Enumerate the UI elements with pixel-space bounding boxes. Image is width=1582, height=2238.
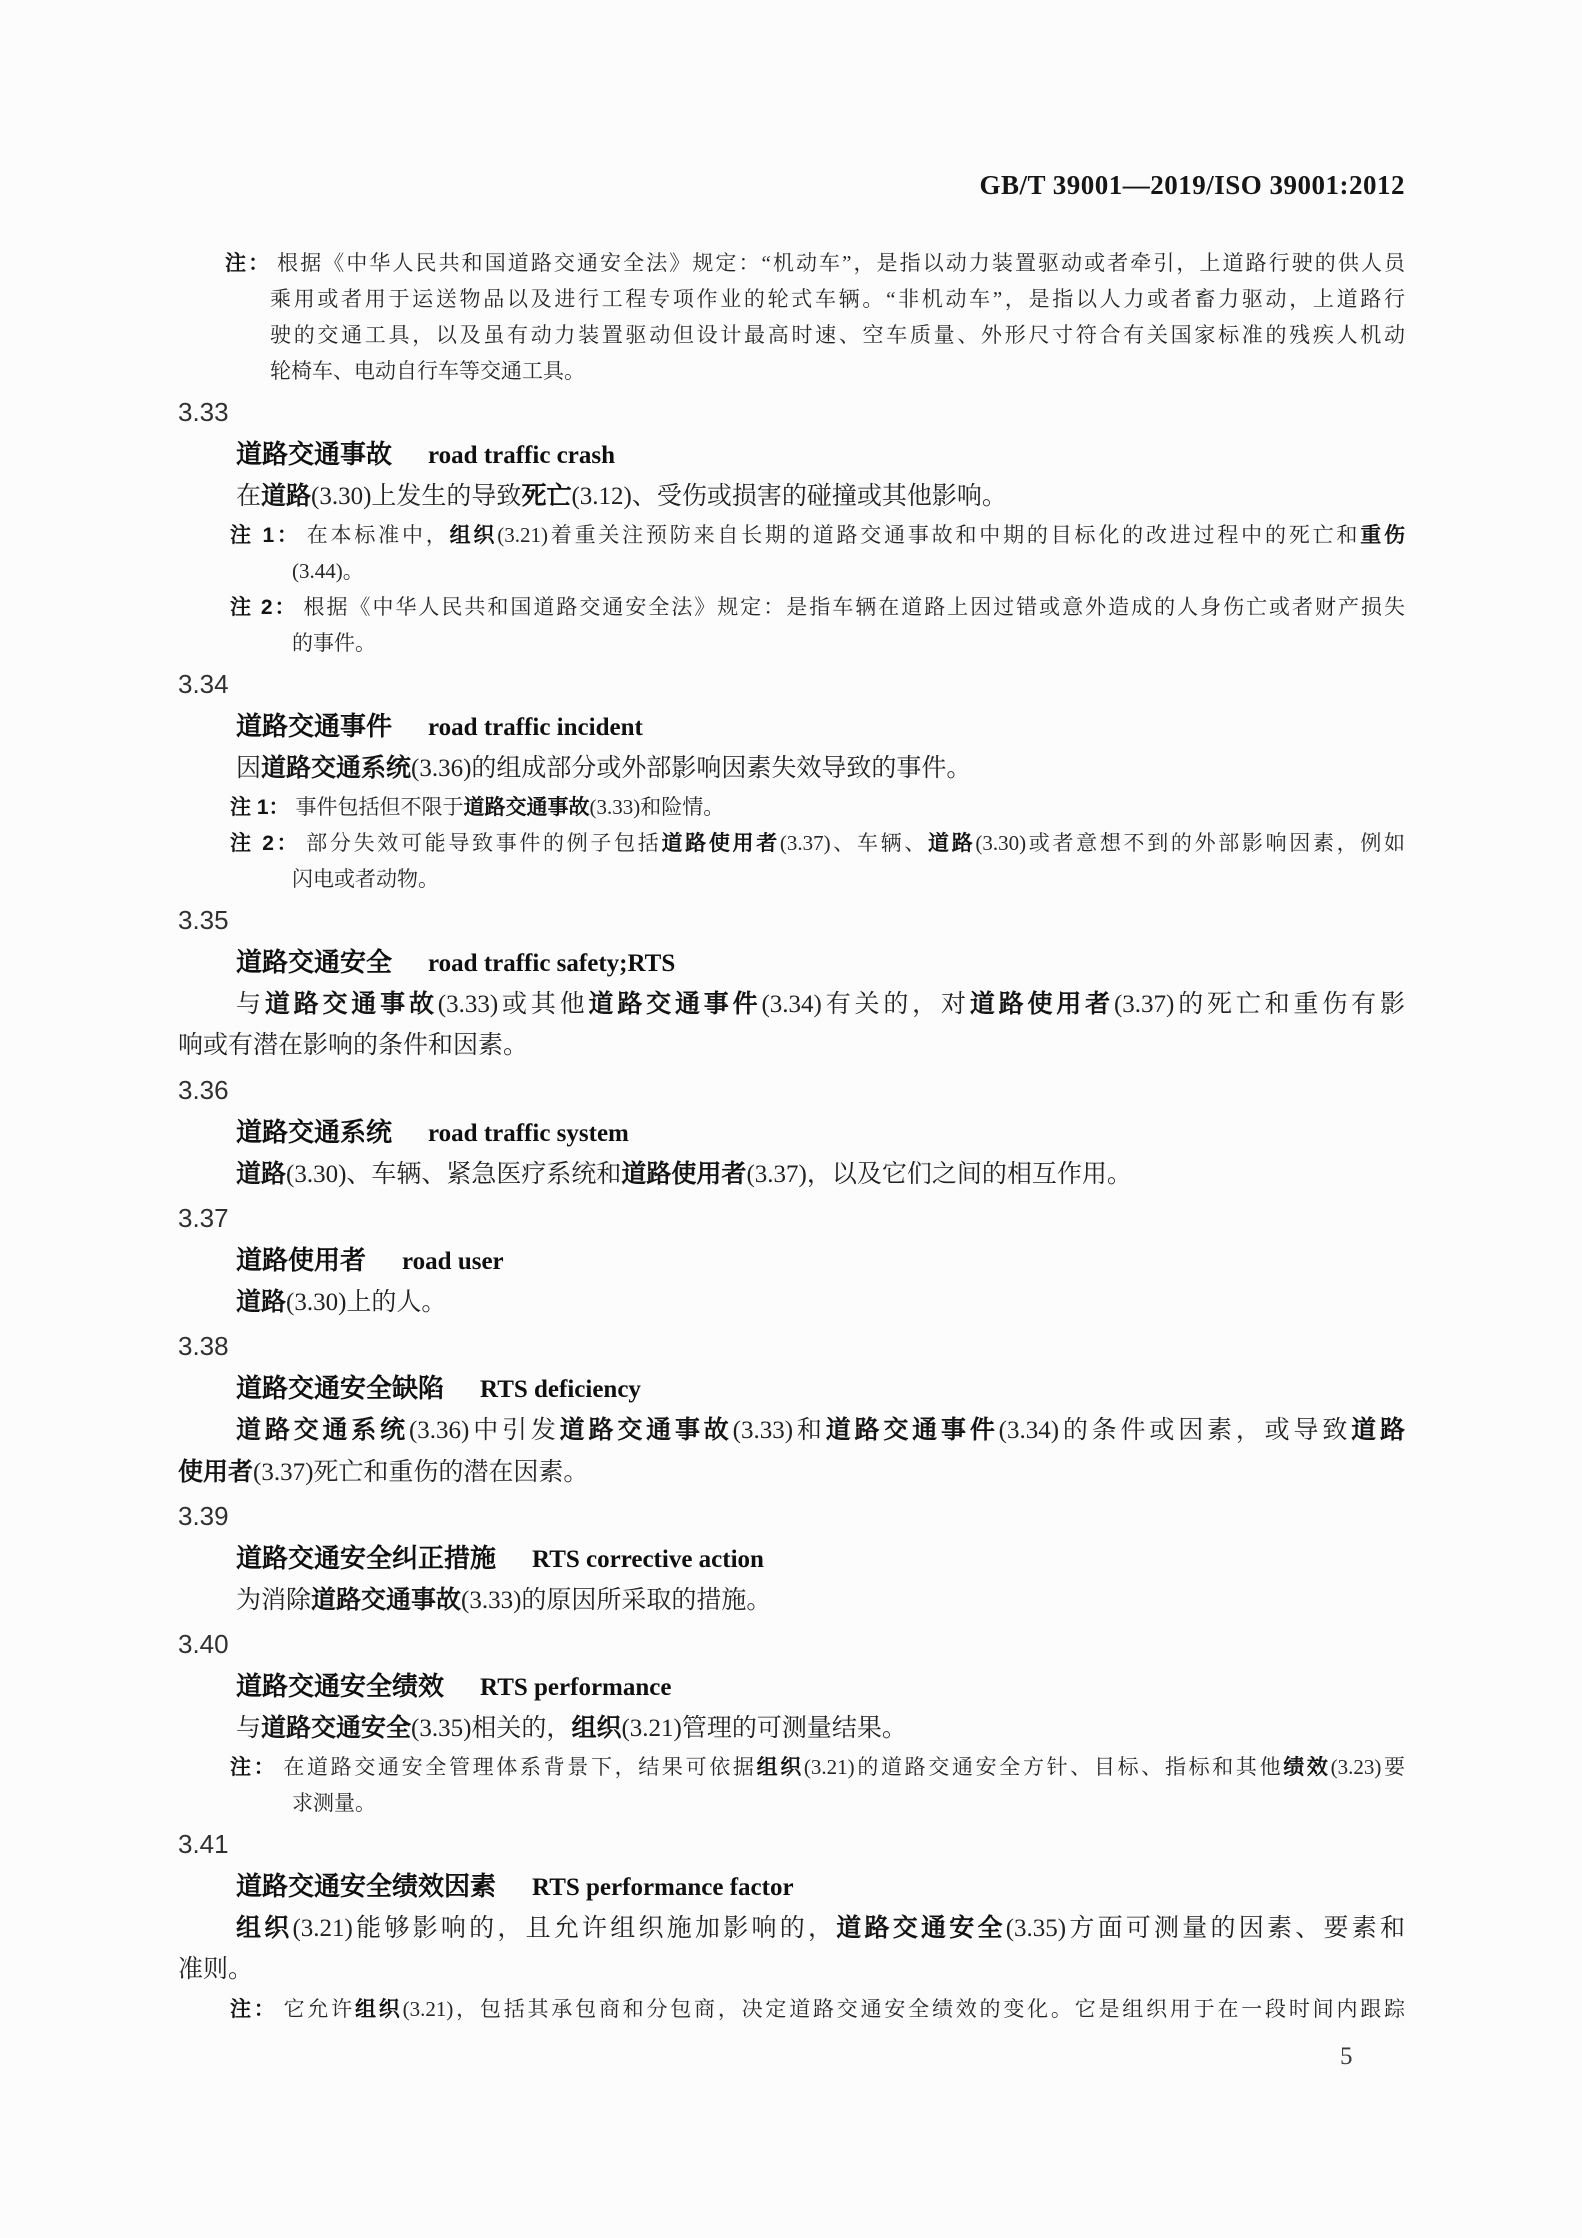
term-heading: 道路交通事故road traffic crash xyxy=(178,433,1405,475)
definition-line: 响或有潜在影响的条件和因素。 xyxy=(178,1025,1405,1067)
note-label: 注： xyxy=(230,1998,278,2021)
text-run: 事件包括但不限于 xyxy=(296,795,464,819)
text-run: (3.37)的死亡和重伤有影 xyxy=(1114,991,1405,1018)
text-run: (3.21)，包括其承包商和分包商，决定道路交通安全绩效的变化。它是组织用于在一… xyxy=(403,1997,1405,2021)
note-line: 注：它允许组织(3.21)，包括其承包商和分包商，决定道路交通安全绩效的变化。它… xyxy=(230,1991,1405,2027)
definition-line: 道路(3.30)上的人。 xyxy=(178,1281,1405,1323)
text-run: (3.36)的组成部分或外部影响因素失效导致的事件。 xyxy=(411,755,971,782)
note: 注 2：部分失效可能导致事件的例子包括道路使用者(3.37)、车辆、道路(3.3… xyxy=(230,825,1405,897)
term-reference: 道路使用者 xyxy=(661,832,779,855)
leading-note-line: 驶的交通工具，以及虽有动力装置驱动但设计最高时速、空车质量、外形尺寸符合有关国家… xyxy=(225,317,1405,353)
term-section: 3.36道路交通系统road traffic system道路(3.30)、车辆… xyxy=(178,1069,1405,1195)
note-label: 注 1： xyxy=(230,524,301,547)
note: 注 1：在本标准中，组织(3.21)着重关注预防来自长期的道路交通事故和中期的目… xyxy=(230,517,1405,589)
term-reference: 道路交通事故 xyxy=(464,796,590,819)
note-label: 注： xyxy=(225,252,271,275)
note-line: 注 1：在本标准中，组织(3.21)着重关注预防来自长期的道路交通事故和中期的目… xyxy=(230,517,1405,553)
text-run: (3.12)、受伤或损害的碰撞或其他影响。 xyxy=(571,483,1006,510)
text-run: (3.21)着重关注预防来自长期的道路交通事故和中期的目标化的改进过程中的死亡和 xyxy=(497,523,1360,547)
term-reference: 组织 xyxy=(236,1914,292,1942)
term-name-zh: 道路交通安全缺陷 xyxy=(236,1373,444,1403)
term-section: 3.39道路交通安全纠正措施RTS corrective action为消除道路… xyxy=(178,1495,1405,1621)
section-number: 3.38 xyxy=(178,1325,1405,1367)
term-name-en: road traffic safety;RTS xyxy=(428,950,675,977)
definition-line: 准则。 xyxy=(178,1949,1405,1991)
definition-line: 道路交通系统(3.36)中引发道路交通事故(3.33)和道路交通事件(3.34)… xyxy=(178,1409,1405,1451)
text-run: 乘用或者用于运送物品以及进行工程专项作业的轮式车辆。“非机动车”，是指以人力或者… xyxy=(270,287,1405,311)
term-reference: 绩效 xyxy=(1283,1756,1330,1779)
text-run: (3.33)和险情。 xyxy=(590,795,725,819)
term-section: 3.37道路使用者road user道路(3.30)上的人。 xyxy=(178,1197,1405,1323)
section-number: 3.39 xyxy=(178,1495,1405,1537)
text-run: (3.30)上的人。 xyxy=(286,1289,446,1316)
term-name-en: road traffic system xyxy=(428,1120,629,1147)
text-run: 在道路交通安全管理体系背景下，结果可依据 xyxy=(283,1755,756,1779)
text-run: 与 xyxy=(236,1715,261,1742)
text-run: (3.35)相关的， xyxy=(411,1715,571,1742)
text-run: (3.21)的道路交通安全方针、目标、指标和其他 xyxy=(804,1755,1283,1779)
text-run: 在本标准中， xyxy=(307,523,450,547)
term-reference: 道路交通系统 xyxy=(236,1416,409,1444)
section-number: 3.34 xyxy=(178,663,1405,705)
text-run: (3.34)的条件或因素，或导致 xyxy=(999,1417,1351,1444)
section-number: 3.33 xyxy=(178,391,1405,433)
text-run: 闪电或者动物。 xyxy=(292,867,439,891)
text-run: (3.36)中引发 xyxy=(409,1417,560,1444)
term-reference: 道路交通事故 xyxy=(265,990,438,1018)
text-run: (3.30)、车辆、紧急医疗系统和 xyxy=(286,1161,621,1188)
term-section: 3.40道路交通安全绩效RTS performance与道路交通安全(3.35)… xyxy=(178,1623,1405,1821)
text-run: 根据《中华人民共和国道路交通安全法》规定：是指车辆在道路上因过错或意外造成的人身… xyxy=(303,595,1405,619)
term-name-zh: 道路交通系统 xyxy=(236,1117,392,1147)
term-heading: 道路交通安全绩效因素RTS performance factor xyxy=(178,1865,1405,1907)
term-reference: 道路交通事故 xyxy=(311,1586,461,1614)
definition-line: 道路(3.30)、车辆、紧急医疗系统和道路使用者(3.37)，以及它们之间的相互… xyxy=(178,1153,1405,1195)
term-section: 3.33道路交通事故road traffic crash在道路(3.30)上发生… xyxy=(178,391,1405,661)
term-reference: 道路交通事件 xyxy=(826,1416,999,1444)
term-heading: 道路交通安全road traffic safety;RTS xyxy=(178,941,1405,983)
text-run: 部分失效可能导致事件的例子包括 xyxy=(306,831,661,855)
text-run: (3.33)的原因所采取的措施。 xyxy=(461,1587,771,1614)
text-run: 它允许 xyxy=(284,1997,355,2021)
term-heading: 道路交通安全缺陷RTS deficiency xyxy=(178,1367,1405,1409)
text-run: 准则。 xyxy=(178,1956,253,1983)
text-run: 为消除 xyxy=(236,1587,311,1614)
definition-line: 组织(3.21)能够影响的，且允许组织施加影响的，道路交通安全(3.35)方面可… xyxy=(178,1907,1405,1949)
term-heading: 道路交通安全绩效RTS performance xyxy=(178,1665,1405,1707)
note-line: 注 2：根据《中华人民共和国道路交通安全法》规定：是指车辆在道路上因过错或意外造… xyxy=(230,589,1405,625)
text-run: (3.37)、车辆、 xyxy=(780,831,928,855)
term-name-en: RTS corrective action xyxy=(532,1546,764,1573)
term-reference: 道路交通安全 xyxy=(261,1714,411,1742)
term-reference: 组织 xyxy=(450,524,498,547)
section-number: 3.41 xyxy=(178,1823,1405,1865)
document-page: GB/T 39001—2019/ISO 39001:2012 注：根据《中华人民… xyxy=(0,0,1582,2238)
text-run: 因 xyxy=(236,755,261,782)
term-reference: 组织 xyxy=(757,1756,804,1779)
text-run: (3.33)和 xyxy=(733,1417,826,1444)
text-run: (3.21)能够影响的，且允许组织施加影响的， xyxy=(292,1915,836,1942)
text-run: (3.37)死亡和重伤的潜在因素。 xyxy=(253,1459,588,1486)
section-number: 3.37 xyxy=(178,1197,1405,1239)
term-name-zh: 道路使用者 xyxy=(236,1245,366,1275)
text-run: (3.23)要 xyxy=(1331,1755,1405,1779)
text-run: 驶的交通工具，以及虽有动力装置驱动但设计最高时速、空车质量、外形尺寸符合有关国家… xyxy=(270,323,1405,347)
definition-line: 为消除道路交通事故(3.33)的原因所采取的措施。 xyxy=(178,1579,1405,1621)
note-label: 注 2： xyxy=(230,596,297,619)
term-name-en: RTS performance factor xyxy=(532,1874,794,1901)
text-run: 在 xyxy=(236,483,261,510)
term-reference: 使用者 xyxy=(178,1458,253,1486)
note: 注 1：事件包括但不限于道路交通事故(3.33)和险情。 xyxy=(230,789,1405,825)
term-name-zh: 道路交通安全绩效因素 xyxy=(236,1871,496,1901)
text-run: 求测量。 xyxy=(292,1791,376,1815)
definition-line: 因道路交通系统(3.36)的组成部分或外部影响因素失效导致的事件。 xyxy=(178,747,1405,789)
note-line: 闪电或者动物。 xyxy=(230,861,1405,897)
definition-line: 使用者(3.37)死亡和重伤的潜在因素。 xyxy=(178,1451,1405,1493)
terms-sections: 3.33道路交通事故road traffic crash在道路(3.30)上发生… xyxy=(178,391,1405,2027)
definition-line: 与道路交通事故(3.33)或其他道路交通事件(3.34)有关的，对道路使用者(3… xyxy=(178,983,1405,1025)
leading-note-line: 乘用或者用于运送物品以及进行工程专项作业的轮式车辆。“非机动车”，是指以人力或者… xyxy=(225,281,1405,317)
term-reference: 道路交通系统 xyxy=(261,754,411,782)
term-name-zh: 道路交通安全绩效 xyxy=(236,1671,444,1701)
note-line: 注 1：事件包括但不限于道路交通事故(3.33)和险情。 xyxy=(230,789,1405,825)
term-heading: 道路交通安全纠正措施RTS corrective action xyxy=(178,1537,1405,1579)
text-run: (3.44)。 xyxy=(292,559,364,583)
term-reference: 组织 xyxy=(571,1714,621,1742)
term-name-zh: 道路交通安全纠正措施 xyxy=(236,1543,496,1573)
term-reference: 道路 xyxy=(236,1160,286,1188)
term-section: 3.38道路交通安全缺陷RTS deficiency道路交通系统(3.36)中引… xyxy=(178,1325,1405,1493)
section-number: 3.40 xyxy=(178,1623,1405,1665)
term-reference: 道路 xyxy=(261,482,311,510)
text-run: 根据《中华人民共和国道路交通安全法》规定：“机动车”，是指以动力装置驱动或者牵引… xyxy=(277,251,1405,275)
text-run: (3.33)或其他 xyxy=(438,991,589,1018)
text-run: (3.34)有关的，对 xyxy=(761,991,969,1018)
note: 注 2：根据《中华人民共和国道路交通安全法》规定：是指车辆在道路上因过错或意外造… xyxy=(230,589,1405,661)
text-run: (3.21)管理的可测量结果。 xyxy=(621,1715,906,1742)
term-reference: 道路交通事件 xyxy=(589,990,762,1018)
note-label: 注 1： xyxy=(230,796,290,819)
text-run: (3.30)上发生的导致 xyxy=(311,483,521,510)
text-run: 响或有潜在影响的条件和因素。 xyxy=(178,1032,528,1059)
term-reference: 道路 xyxy=(928,832,975,855)
term-reference: 道路使用者 xyxy=(970,990,1114,1018)
term-reference: 死亡 xyxy=(521,482,571,510)
term-reference: 道路交通事故 xyxy=(560,1416,733,1444)
term-reference: 组织 xyxy=(355,1998,403,2021)
term-name-en: road traffic crash xyxy=(428,442,615,469)
text-run: (3.35)方面可测量的因素、要素和 xyxy=(1006,1915,1405,1942)
note: 注：它允许组织(3.21)，包括其承包商和分包商，决定道路交通安全绩效的变化。它… xyxy=(230,1991,1405,2027)
section-number: 3.35 xyxy=(178,899,1405,941)
term-reference: 道路使用者 xyxy=(621,1160,746,1188)
definition-line: 在道路(3.30)上发生的导致死亡(3.12)、受伤或损害的碰撞或其他影响。 xyxy=(178,475,1405,517)
term-reference: 道路交通安全 xyxy=(836,1914,1005,1942)
term-name-en: road user xyxy=(402,1248,504,1275)
text-run: 的事件。 xyxy=(292,631,376,655)
definition-line: 与道路交通安全(3.35)相关的，组织(3.21)管理的可测量结果。 xyxy=(178,1707,1405,1749)
note-line: 注 2：部分失效可能导致事件的例子包括道路使用者(3.37)、车辆、道路(3.3… xyxy=(230,825,1405,861)
leading-note: 注：根据《中华人民共和国道路交通安全法》规定：“机动车”，是指以动力装置驱动或者… xyxy=(225,245,1405,389)
note: 注：在道路交通安全管理体系背景下，结果可依据组织(3.21)的道路交通安全方针、… xyxy=(230,1749,1405,1821)
note-label: 注： xyxy=(230,1756,277,1779)
term-section: 3.35道路交通安全road traffic safety;RTS与道路交通事故… xyxy=(178,899,1405,1067)
text-run: (3.37)，以及它们之间的相互作用。 xyxy=(746,1161,1131,1188)
note-line: 的事件。 xyxy=(230,625,1405,661)
text-run: 与 xyxy=(236,991,265,1018)
page-number: 5 xyxy=(1340,2036,1353,2078)
text-run: 轮椅车、电动自行车等交通工具。 xyxy=(270,359,585,383)
term-name-en: RTS performance xyxy=(480,1674,671,1701)
term-name-zh: 道路交通事故 xyxy=(236,439,392,469)
term-name-en: RTS deficiency xyxy=(480,1376,641,1403)
term-name-zh: 道路交通安全 xyxy=(236,947,392,977)
term-heading: 道路交通事件road traffic incident xyxy=(178,705,1405,747)
note-line: 注：在道路交通安全管理体系背景下，结果可依据组织(3.21)的道路交通安全方针、… xyxy=(230,1749,1405,1785)
term-name-en: road traffic incident xyxy=(428,714,643,741)
term-heading: 道路交通系统road traffic system xyxy=(178,1111,1405,1153)
term-reference: 道路 xyxy=(236,1288,286,1316)
note-line: 求测量。 xyxy=(230,1785,1405,1821)
page-header: GB/T 39001—2019/ISO 39001:2012 xyxy=(178,170,1405,201)
note-line: (3.44)。 xyxy=(230,553,1405,589)
section-number: 3.36 xyxy=(178,1069,1405,1111)
standard-code: GB/T 39001—2019/ISO 39001:2012 xyxy=(979,170,1405,200)
term-reference: 重伤 xyxy=(1360,524,1405,547)
leading-note-line: 注：根据《中华人民共和国道路交通安全法》规定：“机动车”，是指以动力装置驱动或者… xyxy=(225,245,1405,281)
term-name-zh: 道路交通事件 xyxy=(236,711,392,741)
term-heading: 道路使用者road user xyxy=(178,1239,1405,1281)
note-label: 注 2： xyxy=(230,832,300,855)
leading-note-line: 轮椅车、电动自行车等交通工具。 xyxy=(225,353,1405,389)
term-section: 3.34道路交通事件road traffic incident因道路交通系统(3… xyxy=(178,663,1405,897)
content-area: 注：根据《中华人民共和国道路交通安全法》规定：“机动车”，是指以动力装置驱动或者… xyxy=(178,245,1405,2027)
term-reference: 道路 xyxy=(1351,1416,1405,1444)
text-run: (3.30)或者意想不到的外部影响因素，例如 xyxy=(975,831,1405,855)
term-section: 3.41道路交通安全绩效因素RTS performance factor组织(3… xyxy=(178,1823,1405,2027)
